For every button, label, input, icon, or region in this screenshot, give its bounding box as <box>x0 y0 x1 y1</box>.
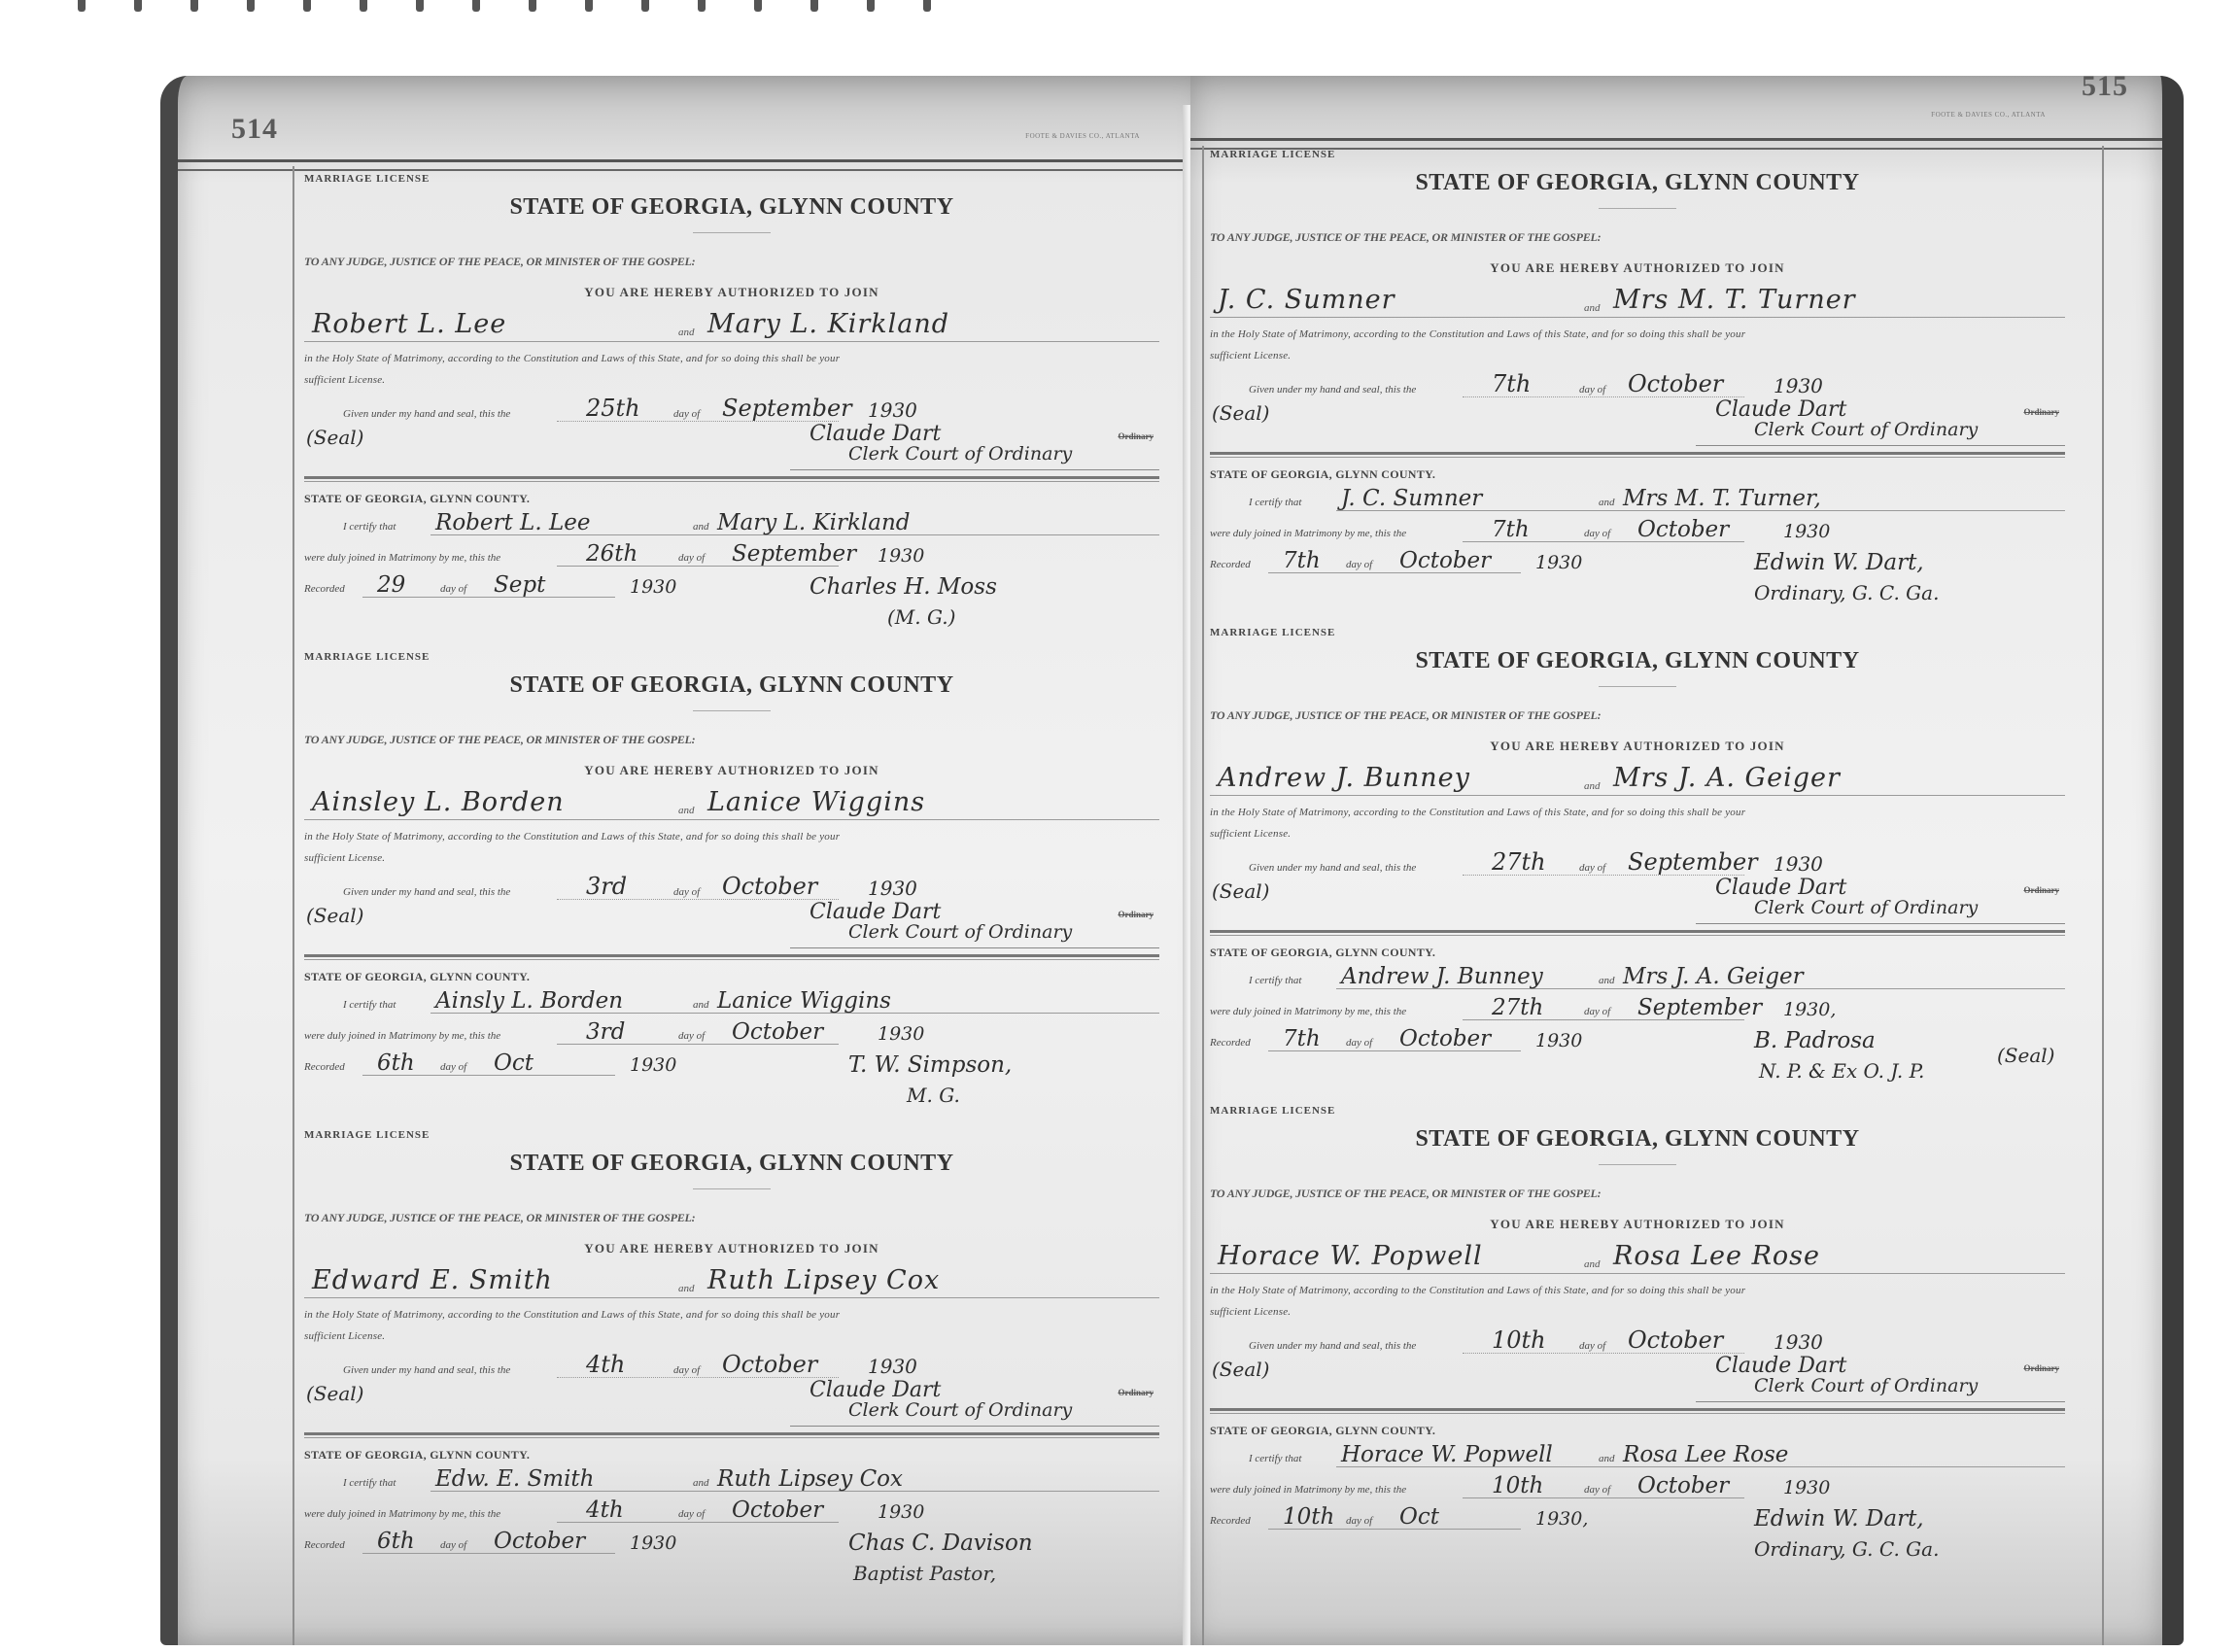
section-rule <box>304 1432 1159 1438</box>
cert-groom-name: Edw. E. Smith <box>435 1466 594 1492</box>
joined-label: were duly joined in Matrimony by me, thi… <box>1210 1006 1406 1017</box>
boilerplate-line: sufficient License. <box>1210 1301 2065 1323</box>
day-of-label: day of <box>1584 1484 1610 1496</box>
joined-label: were duly joined in Matrimony by me, thi… <box>304 1508 500 1520</box>
day-of-label: day of <box>678 552 705 564</box>
certificate-title: STATE OF GEORGIA, GLYNN COUNTY. <box>1210 467 2065 482</box>
and-label: and <box>1584 1258 1601 1270</box>
divider <box>1599 208 1676 209</box>
day-of-label: day of <box>1579 1340 1605 1352</box>
officiant-title-row: N. P. & Ex O. J. P. <box>1210 1053 2065 1084</box>
bride-name: Mrs M. T. Turner <box>1613 285 1856 315</box>
authorized-line: YOU ARE HEREBY AUTHORIZED TO JOIN <box>1210 739 2065 754</box>
officiant-signature: T. W. Simpson, <box>848 1052 1012 1078</box>
and-label: and <box>693 521 709 533</box>
married-month: September <box>732 541 856 567</box>
certify-label: I certify that <box>343 1477 396 1489</box>
page-number: 514 <box>231 113 278 146</box>
state-title: STATE OF GEORGIA, GLYNN COUNTY <box>1210 170 2065 196</box>
license-month: October <box>1628 1326 1723 1354</box>
authorized-line: YOU ARE HEREBY AUTHORIZED TO JOIN <box>1210 260 2065 276</box>
boilerplate-line: sufficient License. <box>304 369 1159 391</box>
marriage-date: were duly joined in Matrimony by me, thi… <box>1210 513 2065 544</box>
signature-rule <box>790 469 1159 470</box>
license-day: 25th <box>586 395 640 422</box>
ordinary-tag: Ordinary <box>2023 1363 2059 1373</box>
recorded-date: Recorded 6th day of Oct 1930 T. W. Simps… <box>304 1047 1159 1078</box>
printer-imprint: FOOTE & DAVIES CO., ATLANTA <box>1025 132 1140 140</box>
recorded-month: Sept <box>494 572 545 598</box>
license-month: September <box>722 395 852 422</box>
recorded-month: October <box>494 1529 585 1554</box>
married-month: October <box>1637 517 1729 542</box>
license-date: Given under my hand and seal, this the 7… <box>1210 370 2065 399</box>
recorded-label: Recorded <box>304 1539 345 1551</box>
and-label: and <box>1584 780 1601 792</box>
seal-mark: (Seal) <box>1212 879 1269 903</box>
officiant-signature: Chas C. Davison <box>848 1531 1033 1556</box>
cert-groom-name: Andrew J. Bunney <box>1341 964 1543 989</box>
authorized-line: YOU ARE HEREBY AUTHORIZED TO JOIN <box>1210 1217 2065 1232</box>
cert-groom-name: Horace W. Popwell <box>1341 1442 1553 1467</box>
recorded-date: Recorded 7th day of October 1930 Edwin W… <box>1210 544 2065 575</box>
officiant-title: Ordinary, G. C. Ga. <box>1754 1537 1939 1561</box>
cert-bride-name: Mary L. Kirkland <box>717 510 911 535</box>
and-label: and <box>1599 1453 1615 1464</box>
boilerplate-line: sufficient License. <box>304 1325 1159 1347</box>
and-label: and <box>1599 497 1615 508</box>
state-title: STATE OF GEORGIA, GLYNN COUNTY <box>1210 648 2065 674</box>
certify-label: I certify that <box>1249 497 1301 508</box>
issuer-title: Clerk Court of Ordinary <box>1754 897 1978 918</box>
and-label: and <box>678 1283 695 1294</box>
page-number: 515 <box>2082 70 2128 103</box>
marriage-date: were duly joined in Matrimony by me, thi… <box>304 1494 1159 1525</box>
divider <box>693 710 771 711</box>
license-year: 1930 <box>1774 1330 1823 1354</box>
recorded-day: 6th <box>377 1529 415 1554</box>
day-of-label: day of <box>1579 862 1605 874</box>
license-year: 1930 <box>1774 374 1823 397</box>
section-rule <box>1210 1408 2065 1414</box>
day-of-label: day of <box>1346 1037 1372 1049</box>
certificate-names: I certify that Robert L. Lee and Mary L.… <box>304 506 1159 537</box>
cert-bride-name: Rosa Lee Rose <box>1623 1442 1788 1467</box>
signature-rule <box>790 1426 1159 1427</box>
officiant-title: Ordinary, G. C. Ga. <box>1754 581 1939 604</box>
married-month: October <box>732 1019 823 1045</box>
recorded-year: 1930 <box>630 1054 676 1076</box>
license-year: 1930 <box>868 398 917 422</box>
seal-mark: (Seal) <box>1212 1358 1269 1381</box>
recorded-month: Oct <box>1399 1504 1439 1530</box>
and-label: and <box>678 327 695 338</box>
officiant-title: M. G. <box>907 1084 960 1107</box>
recorded-month: Oct <box>494 1050 534 1076</box>
license-date: Given under my hand and seal, this the 2… <box>1210 848 2065 878</box>
recorded-label: Recorded <box>1210 1515 1251 1527</box>
license-day: 27th <box>1492 848 1546 876</box>
authorized-line: YOU ARE HEREBY AUTHORIZED TO JOIN <box>304 1241 1159 1256</box>
address-line: TO ANY JUDGE, JUSTICE OF THE PEACE, OR M… <box>304 1211 1159 1225</box>
ledger-page-right: 515 FOOTE & DAVIES CO., ATLANTA MARRIAGE… <box>1190 76 2184 1645</box>
officiant-title: N. P. & Ex O. J. P. <box>1759 1059 1924 1083</box>
state-title: STATE OF GEORGIA, GLYNN COUNTY <box>1210 1126 2065 1153</box>
joined-label: were duly joined in Matrimony by me, thi… <box>304 1030 500 1042</box>
certify-label: I certify that <box>1249 1453 1301 1464</box>
married-year: 1930 <box>1783 1477 1830 1498</box>
address-line: TO ANY JUDGE, JUSTICE OF THE PEACE, OR M… <box>1210 708 2065 723</box>
cert-bride-name: Ruth Lipsey Cox <box>717 1466 903 1492</box>
license-year: 1930 <box>868 1355 917 1378</box>
entries: MARRIAGE LICENSE STATE OF GEORGIA, GLYNN… <box>1210 149 2065 1583</box>
address-line: TO ANY JUDGE, JUSTICE OF THE PEACE, OR M… <box>304 255 1159 269</box>
boilerplate-line: sufficient License. <box>1210 823 2065 844</box>
license-date: Given under my hand and seal, this the 2… <box>304 395 1159 424</box>
address-line: TO ANY JUDGE, JUSTICE OF THE PEACE, OR M… <box>1210 230 2065 245</box>
license-label: MARRIAGE LICENSE <box>304 651 1159 669</box>
seal-mark: (Seal) <box>1212 401 1269 425</box>
and-label: and <box>1599 975 1615 986</box>
certificate-title: STATE OF GEORGIA, GLYNN COUNTY. <box>304 1448 1159 1463</box>
printer-imprint: FOOTE & DAVIES CO., ATLANTA <box>1931 111 2046 119</box>
groom-name: Edward E. Smith <box>312 1265 553 1295</box>
given-label: Given under my hand and seal, this the <box>343 408 510 420</box>
boilerplate-line: in the Holy State of Matrimony, accordin… <box>304 1304 1159 1325</box>
divider <box>1599 686 1676 687</box>
joined-label: were duly joined in Matrimony by me, thi… <box>1210 528 1406 539</box>
boilerplate-text: in the Holy State of Matrimony, accordin… <box>1210 324 2065 366</box>
officiant-title-row: (M. G.) <box>304 600 1159 631</box>
married-day: 26th <box>586 541 637 567</box>
section-rule <box>1210 452 2065 458</box>
ordinary-tag: Ordinary <box>2023 407 2059 417</box>
day-of-label: day of <box>1579 384 1605 396</box>
state-title: STATE OF GEORGIA, GLYNN COUNTY <box>304 1151 1159 1177</box>
officiant-signature: Edwin W. Dart, <box>1754 550 1924 575</box>
day-of-label: day of <box>673 1364 700 1376</box>
day-of-label: day of <box>673 886 700 898</box>
license-year: 1930 <box>868 877 917 900</box>
license-day: 7th <box>1492 370 1531 397</box>
license-names: Horace W. Popwell and Rosa Lee Rose <box>1210 1240 2065 1274</box>
issuer-block: (Seal) Claude Dart Clerk Court of Ordina… <box>304 902 1159 950</box>
ordinary-tag: Ordinary <box>1118 1388 1154 1397</box>
header-rule <box>178 159 1208 171</box>
certificate-names: I certify that Andrew J. Bunney and Mrs … <box>1210 960 2065 991</box>
recorded-date: Recorded 29 day of Sept 1930 Charles H. … <box>304 568 1159 600</box>
bride-name: Mary L. Kirkland <box>707 309 949 339</box>
license-entry: MARRIAGE LICENSE STATE OF GEORGIA, GLYNN… <box>1210 627 2065 1105</box>
boilerplate-text: in the Holy State of Matrimony, accordin… <box>304 826 1159 869</box>
margin-rule <box>293 166 294 1645</box>
married-day: 10th <box>1492 1473 1543 1498</box>
boilerplate-text: in the Holy State of Matrimony, accordin… <box>304 1304 1159 1347</box>
license-month: September <box>1628 848 1758 876</box>
cert-bride-name: Mrs M. T. Turner, <box>1623 486 1821 511</box>
boilerplate-text: in the Holy State of Matrimony, accordin… <box>304 348 1159 391</box>
recorded-day: 7th <box>1283 1026 1321 1051</box>
boilerplate-line: in the Holy State of Matrimony, accordin… <box>1210 802 2065 823</box>
recorded-month: October <box>1399 1026 1491 1051</box>
recorded-label: Recorded <box>1210 1037 1251 1049</box>
recorded-year: 1930 <box>1535 1030 1582 1051</box>
state-title: STATE OF GEORGIA, GLYNN COUNTY <box>304 672 1159 699</box>
and-label: and <box>1584 302 1601 314</box>
issuer-title: Clerk Court of Ordinary <box>1754 1375 1978 1396</box>
issuer-block: (Seal) Claude Dart Clerk Court of Ordina… <box>304 1380 1159 1428</box>
entries: MARRIAGE LICENSE STATE OF GEORGIA, GLYNN… <box>304 173 1159 1607</box>
day-of-label: day of <box>440 1539 466 1551</box>
issuer-title: Clerk Court of Ordinary <box>848 1399 1072 1421</box>
license-label: MARRIAGE LICENSE <box>1210 1105 2065 1122</box>
ledger-book: 514 FOOTE & DAVIES CO., ATLANTA MARRIAGE… <box>160 76 2172 1645</box>
certificate-names: I certify that Edw. E. Smith and Ruth Li… <box>304 1463 1159 1494</box>
recorded-label: Recorded <box>304 1061 345 1073</box>
seal-mark: (Seal) <box>306 1382 363 1405</box>
recorded-date: Recorded 6th day of October 1930 Chas C.… <box>304 1525 1159 1556</box>
groom-name: J. C. Sumner <box>1218 285 1395 315</box>
groom-name: Andrew J. Bunney <box>1218 763 1470 793</box>
divider <box>1599 1164 1676 1165</box>
address-line: TO ANY JUDGE, JUSTICE OF THE PEACE, OR M… <box>304 733 1159 747</box>
cert-bride-name: Lanice Wiggins <box>717 988 891 1014</box>
married-year: 1930 <box>878 1501 924 1523</box>
license-date: Given under my hand and seal, this the 4… <box>304 1351 1159 1380</box>
day-of-label: day of <box>678 1508 705 1520</box>
officiant-signature: Edwin W. Dart, <box>1754 1506 1924 1532</box>
authorized-line: YOU ARE HEREBY AUTHORIZED TO JOIN <box>304 763 1159 778</box>
license-label: MARRIAGE LICENSE <box>1210 627 2065 644</box>
issuer-title: Clerk Court of Ordinary <box>848 443 1072 465</box>
recorded-date: Recorded 7th day of October 1930 B. Padr… <box>1210 1022 2065 1053</box>
given-label: Given under my hand and seal, this the <box>343 886 510 898</box>
day-of-label: day of <box>1346 1515 1372 1527</box>
license-year: 1930 <box>1774 852 1823 876</box>
and-label: and <box>693 999 709 1011</box>
state-title: STATE OF GEORGIA, GLYNN COUNTY <box>304 194 1159 221</box>
seal-mark: (Seal) <box>306 426 363 449</box>
ledger-page-left: 514 FOOTE & DAVIES CO., ATLANTA MARRIAGE… <box>160 76 1208 1645</box>
divider <box>693 1188 771 1189</box>
license-names: J. C. Sumner and Mrs M. T. Turner <box>1210 284 2065 318</box>
certify-label: I certify that <box>1249 975 1301 986</box>
ordinary-tag: Ordinary <box>2023 885 2059 895</box>
joined-label: were duly joined in Matrimony by me, thi… <box>1210 1484 1406 1496</box>
license-label: MARRIAGE LICENSE <box>304 173 1159 190</box>
marriage-date: were duly joined in Matrimony by me, thi… <box>1210 1469 2065 1500</box>
boilerplate-line: in the Holy State of Matrimony, accordin… <box>1210 1280 2065 1301</box>
groom-name: Ainsley L. Borden <box>312 787 565 817</box>
recorded-label: Recorded <box>304 583 345 595</box>
day-of-label: day of <box>673 408 700 420</box>
and-label: and <box>693 1477 709 1489</box>
given-label: Given under my hand and seal, this the <box>1249 862 1416 874</box>
issuer-block: (Seal) Claude Dart Clerk Court of Ordina… <box>1210 399 2065 448</box>
license-label: MARRIAGE LICENSE <box>304 1129 1159 1147</box>
signature-rule <box>1696 923 2065 924</box>
boilerplate-line: sufficient License. <box>304 847 1159 869</box>
issuer-title: Clerk Court of Ordinary <box>1754 419 1978 440</box>
license-day: 4th <box>586 1351 625 1378</box>
married-month: October <box>732 1497 823 1523</box>
ordinary-tag: Ordinary <box>1118 910 1154 919</box>
margin-rule <box>2102 146 2104 1645</box>
boilerplate-text: in the Holy State of Matrimony, accordin… <box>1210 802 2065 844</box>
boilerplate-line: sufficient License. <box>1210 345 2065 366</box>
given-label: Given under my hand and seal, this the <box>343 1364 510 1376</box>
license-names: Robert L. Lee and Mary L. Kirkland <box>304 308 1159 342</box>
joined-label: were duly joined in Matrimony by me, thi… <box>304 552 500 564</box>
issuer-block: (Seal) Claude Dart Clerk Court of Ordina… <box>304 424 1159 472</box>
license-date: Given under my hand and seal, this the 1… <box>1210 1326 2065 1356</box>
cert-groom-name: J. C. Sumner <box>1341 486 1482 511</box>
divider <box>693 232 771 233</box>
recorded-day: 7th <box>1283 548 1321 573</box>
margin-rule <box>1202 146 1204 1645</box>
officiant-title-row: Ordinary, G. C. Ga. <box>1210 1532 2065 1563</box>
license-date: Given under my hand and seal, this the 3… <box>304 873 1159 902</box>
license-label: MARRIAGE LICENSE <box>1210 149 2065 166</box>
boilerplate-line: in the Holy State of Matrimony, accordin… <box>304 348 1159 369</box>
license-month: October <box>722 1351 817 1378</box>
recorded-year: 1930, <box>1535 1508 1588 1530</box>
license-day: 10th <box>1492 1326 1546 1354</box>
boilerplate-line: in the Holy State of Matrimony, accordin… <box>304 826 1159 847</box>
officiant-signature: B. Padrosa <box>1754 1028 1876 1053</box>
officiant-title-row: Baptist Pastor, <box>304 1556 1159 1587</box>
recorded-day: 6th <box>377 1050 415 1076</box>
recorded-day: 10th <box>1283 1504 1334 1530</box>
officiant-title-row: Ordinary, G. C. Ga. <box>1210 575 2065 606</box>
groom-name: Robert L. Lee <box>312 309 506 339</box>
day-of-label: day of <box>1584 528 1610 539</box>
and-label: and <box>678 805 695 816</box>
signature-rule <box>790 947 1159 948</box>
recorded-year: 1930 <box>630 1532 676 1554</box>
day-of-label: day of <box>678 1030 705 1042</box>
married-year: 1930 <box>1783 521 1830 542</box>
license-names: Edward E. Smith and Ruth Lipsey Cox <box>304 1264 1159 1298</box>
issuer-block: (Seal) Claude Dart Clerk Court of Ordina… <box>1210 878 2065 926</box>
certificate-names: I certify that J. C. Sumner and Mrs M. T… <box>1210 482 2065 513</box>
married-month: October <box>1637 1473 1729 1498</box>
cert-bride-name: Mrs J. A. Geiger <box>1623 964 1804 989</box>
license-entry: MARRIAGE LICENSE STATE OF GEORGIA, GLYNN… <box>1210 149 2065 627</box>
day-of-label: day of <box>440 1061 466 1073</box>
seal-mark: (Seal) <box>306 904 363 927</box>
married-year: 1930 <box>878 1023 924 1045</box>
married-day: 4th <box>586 1497 624 1523</box>
given-label: Given under my hand and seal, this the <box>1249 384 1416 396</box>
day-of-label: day of <box>1584 1006 1610 1017</box>
recorded-month: October <box>1399 548 1491 573</box>
certificate-title: STATE OF GEORGIA, GLYNN COUNTY. <box>1210 946 2065 960</box>
signature-rule <box>1696 445 2065 446</box>
bride-name: Ruth Lipsey Cox <box>707 1265 940 1295</box>
bride-name: Lanice Wiggins <box>707 787 925 817</box>
issuer-title: Clerk Court of Ordinary <box>848 921 1072 943</box>
boilerplate-text: in the Holy State of Matrimony, accordin… <box>1210 1280 2065 1323</box>
section-rule <box>304 476 1159 482</box>
cert-groom-name: Robert L. Lee <box>435 510 590 535</box>
married-year: 1930 <box>878 545 924 567</box>
bride-name: Mrs J. A. Geiger <box>1613 763 1841 793</box>
certificate-title: STATE OF GEORGIA, GLYNN COUNTY. <box>1210 1424 2065 1438</box>
married-year: 1930, <box>1783 999 1836 1020</box>
license-entry: MARRIAGE LICENSE STATE OF GEORGIA, GLYNN… <box>304 651 1159 1129</box>
issuer-block: (Seal) Claude Dart Clerk Court of Ordina… <box>1210 1356 2065 1404</box>
certify-label: I certify that <box>343 999 396 1011</box>
certificate-names: I certify that Horace W. Popwell and Ros… <box>1210 1438 2065 1469</box>
signature-rule <box>1696 1401 2065 1402</box>
married-day: 3rd <box>586 1019 625 1045</box>
recorded-year: 1930 <box>630 576 676 598</box>
certificate-title: STATE OF GEORGIA, GLYNN COUNTY. <box>304 492 1159 506</box>
certificate-names: I certify that Ainsly L. Borden and Lani… <box>304 984 1159 1015</box>
certificate-title: STATE OF GEORGIA, GLYNN COUNTY. <box>304 970 1159 984</box>
cert-groom-name: Ainsly L. Borden <box>435 988 623 1014</box>
married-day: 7th <box>1492 517 1530 542</box>
license-month: October <box>1628 370 1723 397</box>
license-entry: MARRIAGE LICENSE STATE OF GEORGIA, GLYNN… <box>304 1129 1159 1607</box>
address-line: TO ANY JUDGE, JUSTICE OF THE PEACE, OR M… <box>1210 1187 2065 1201</box>
recorded-day: 29 <box>377 572 405 598</box>
marriage-date: were duly joined in Matrimony by me, thi… <box>304 1015 1159 1047</box>
officiant-title: Baptist Pastor, <box>853 1562 996 1585</box>
section-rule <box>304 954 1159 960</box>
ordinary-tag: Ordinary <box>1118 431 1154 441</box>
certify-label: I certify that <box>343 521 396 533</box>
license-entry: MARRIAGE LICENSE STATE OF GEORGIA, GLYNN… <box>304 173 1159 651</box>
day-of-label: day of <box>440 583 466 595</box>
officiant-title-row: M. G. <box>304 1078 1159 1109</box>
officiant-signature: Charles H. Moss <box>809 574 997 600</box>
recorded-date: Recorded 10th day of Oct 1930, Edwin W. … <box>1210 1500 2065 1532</box>
boilerplate-line: in the Holy State of Matrimony, accordin… <box>1210 324 2065 345</box>
married-day: 27th <box>1492 995 1543 1020</box>
license-month: October <box>722 873 817 900</box>
groom-name: Horace W. Popwell <box>1218 1241 1483 1271</box>
officiant-title: (M. G.) <box>887 605 955 629</box>
scan-edge-marks <box>78 0 1147 14</box>
authorized-line: YOU ARE HEREBY AUTHORIZED TO JOIN <box>304 285 1159 300</box>
section-rule <box>1210 930 2065 936</box>
bride-name: Rosa Lee Rose <box>1613 1241 1820 1271</box>
recorded-year: 1930 <box>1535 552 1582 573</box>
marriage-date: were duly joined in Matrimony by me, thi… <box>304 537 1159 568</box>
day-of-label: day of <box>1346 559 1372 570</box>
recorded-label: Recorded <box>1210 559 1251 570</box>
married-month: September <box>1637 995 1762 1020</box>
license-names: Andrew J. Bunney and Mrs J. A. Geiger <box>1210 762 2065 796</box>
license-names: Ainsley L. Borden and Lanice Wiggins <box>304 786 1159 820</box>
given-label: Given under my hand and seal, this the <box>1249 1340 1416 1352</box>
marriage-date: were duly joined in Matrimony by me, thi… <box>1210 991 2065 1022</box>
license-entry: MARRIAGE LICENSE STATE OF GEORGIA, GLYNN… <box>1210 1105 2065 1583</box>
license-day: 3rd <box>586 873 627 900</box>
